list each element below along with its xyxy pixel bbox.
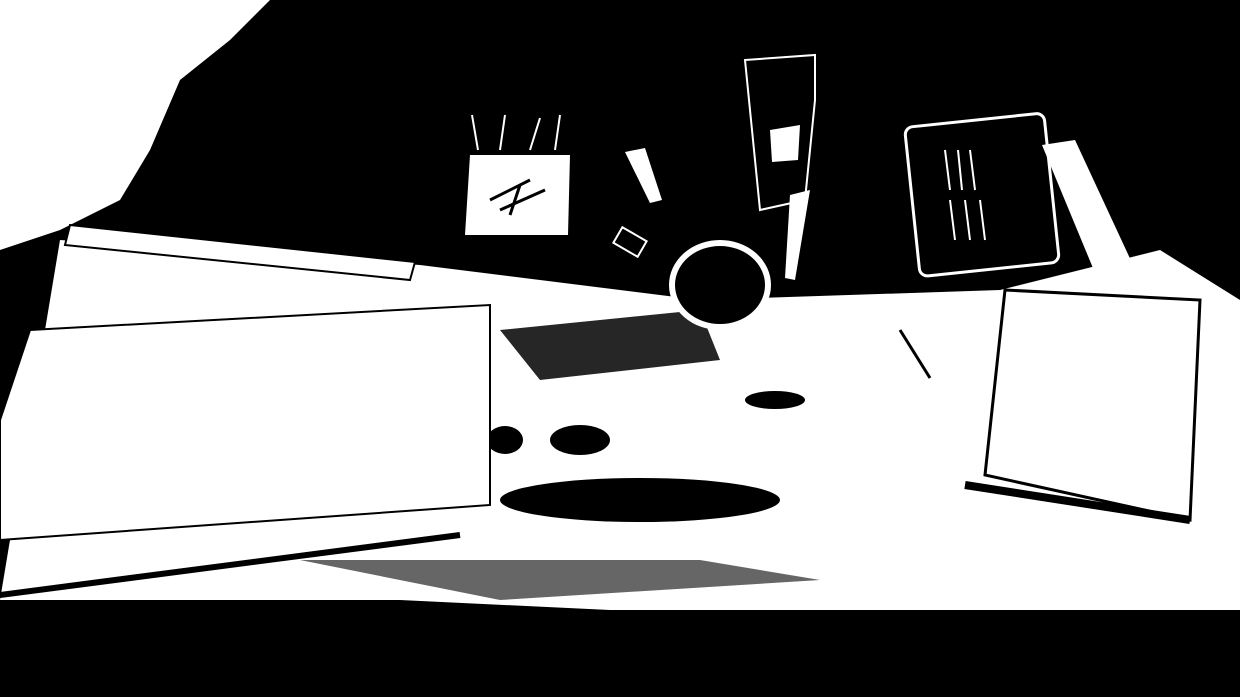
laptop-panel [0, 305, 490, 540]
glass-bowl [672, 243, 768, 327]
desk-photo [0, 0, 1240, 697]
